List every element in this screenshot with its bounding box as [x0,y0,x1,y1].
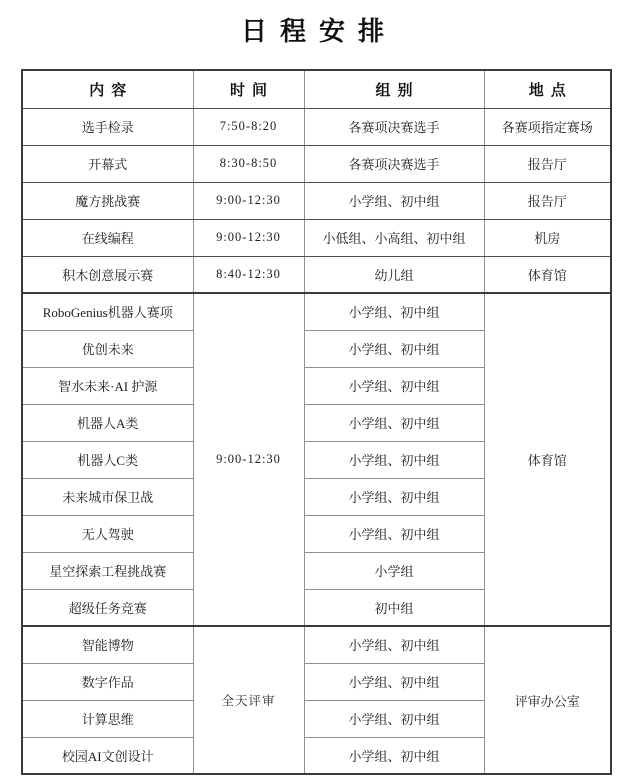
location-cell: 各赛项指定赛场 [484,108,611,145]
content-cell: 超级任务竞赛 [22,589,193,626]
group-cell: 各赛项决赛选手 [304,145,484,182]
schedule-table: 内容 时间 组别 地点 选手检录 7:50-8:20 各赛项决赛选手 各赛项指定… [21,69,612,775]
table-row: RoboGenius机器人赛项 9:00-12:30 小学组、初中组 体育馆 [22,293,611,330]
table-row: 魔方挑战赛 9:00-12:30 小学组、初中组 报告厅 [22,182,611,219]
table-row: 在线编程 9:00-12:30 小低组、小高组、初中组 机房 [22,219,611,256]
group-cell: 幼儿组 [304,256,484,293]
group-cell: 小学组、初中组 [304,478,484,515]
time-cell: 9:00-12:30 [193,219,304,256]
group-cell: 小学组 [304,552,484,589]
group-cell: 小学组、初中组 [304,293,484,330]
time-cell: 9:00-12:30 [193,182,304,219]
content-cell: 在线编程 [22,219,193,256]
content-cell: 积木创意展示赛 [22,256,193,293]
location-cell-merged: 体育馆 [484,293,611,626]
time-cell-merged: 全天评审 [193,626,304,774]
header-row: 内容 时间 组别 地点 [22,70,611,108]
location-cell: 报告厅 [484,145,611,182]
time-cell: 8:30-8:50 [193,145,304,182]
column-header-location: 地点 [484,70,611,108]
document-page: 日程安排 内容 时间 组别 地点 选手检录 7:50-8:20 各赛项决赛选手 … [0,0,625,782]
content-cell: 魔方挑战赛 [22,182,193,219]
page-title: 日程安排 [0,11,625,48]
content-cell: 计算思维 [22,700,193,737]
table-row: 开幕式 8:30-8:50 各赛项决赛选手 报告厅 [22,145,611,182]
table-row: 选手检录 7:50-8:20 各赛项决赛选手 各赛项指定赛场 [22,108,611,145]
content-cell: 数字作品 [22,663,193,700]
content-cell: 智能博物 [22,626,193,663]
content-cell: 校园AI文创设计 [22,737,193,774]
group-cell: 初中组 [304,589,484,626]
group-cell: 小学组、初中组 [304,515,484,552]
content-cell: 机器人A类 [22,404,193,441]
table-row: 积木创意展示赛 8:40-12:30 幼儿组 体育馆 [22,256,611,293]
location-cell: 机房 [484,219,611,256]
location-cell: 体育馆 [484,256,611,293]
group-cell: 小学组、初中组 [304,700,484,737]
group-cell: 小学组、初中组 [304,367,484,404]
content-cell: 星空探索工程挑战赛 [22,552,193,589]
group-cell: 小学组、初中组 [304,663,484,700]
group-cell: 小学组、初中组 [304,404,484,441]
group-cell: 小低组、小高组、初中组 [304,219,484,256]
time-cell-merged: 9:00-12:30 [193,293,304,626]
group-cell: 小学组、初中组 [304,330,484,367]
content-cell: 未来城市保卫战 [22,478,193,515]
content-cell: 优创未来 [22,330,193,367]
location-cell-merged: 评审办公室 [484,626,611,774]
group-cell: 小学组、初中组 [304,626,484,663]
content-cell: 无人驾驶 [22,515,193,552]
content-cell: 机器人C类 [22,441,193,478]
group-cell: 小学组、初中组 [304,441,484,478]
time-cell: 8:40-12:30 [193,256,304,293]
content-cell: 智水未来·AI 护源 [22,367,193,404]
group-cell: 小学组、初中组 [304,737,484,774]
content-cell: 开幕式 [22,145,193,182]
column-header-time: 时间 [193,70,304,108]
content-cell: 选手检录 [22,108,193,145]
table-row: 智能博物 全天评审 小学组、初中组 评审办公室 [22,626,611,663]
group-cell: 小学组、初中组 [304,182,484,219]
group-cell: 各赛项决赛选手 [304,108,484,145]
column-header-content: 内容 [22,70,193,108]
time-cell: 7:50-8:20 [193,108,304,145]
location-cell: 报告厅 [484,182,611,219]
column-header-group: 组别 [304,70,484,108]
content-cell: RoboGenius机器人赛项 [22,293,193,330]
